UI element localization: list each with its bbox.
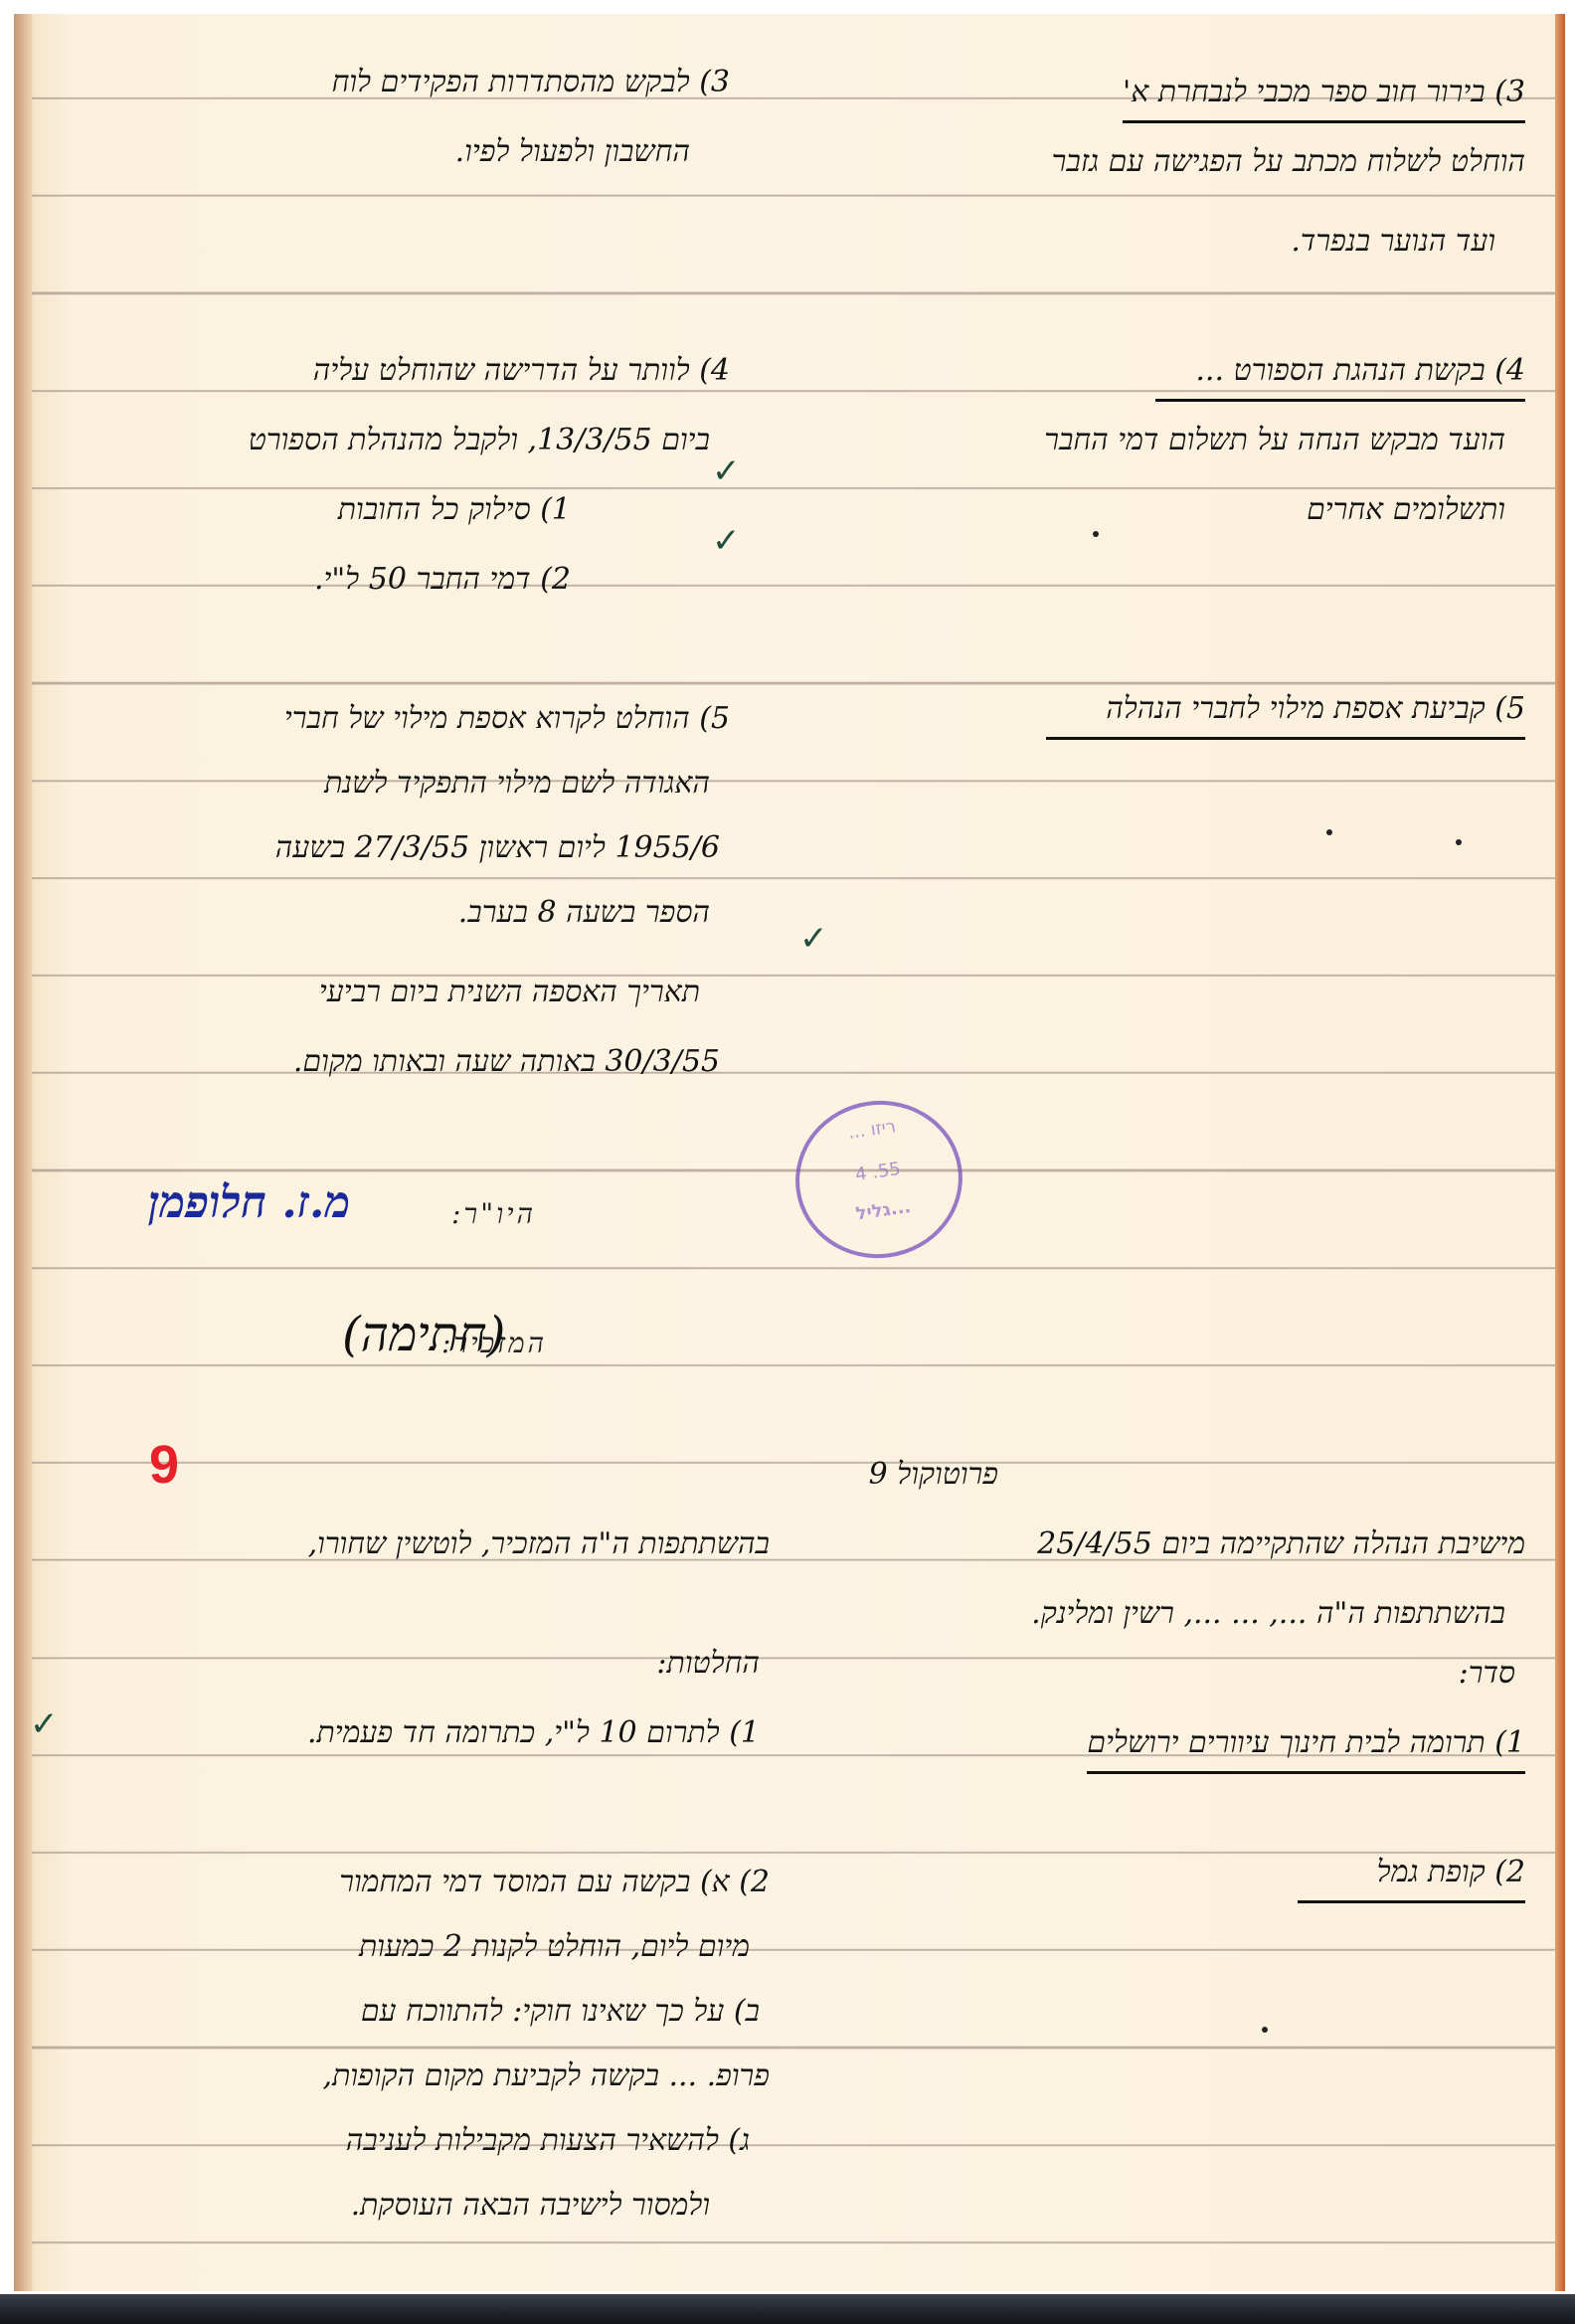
check-mark-icon: ✓ — [712, 451, 741, 491]
page-binding — [14, 14, 32, 2291]
check-mark-icon: ✓ — [30, 1704, 59, 1744]
ink-spot — [1262, 2027, 1268, 2033]
ink-spot — [1456, 839, 1462, 845]
check-mark-icon: ✓ — [712, 521, 741, 561]
page-number: 9 — [149, 1434, 179, 1496]
page-edge — [1555, 14, 1565, 2291]
item-5-note: 30/3/55 באותה שעה ובאותו מקום. — [293, 1013, 720, 1111]
decision-line: ולמסור לישיבה הבאה העוסקת. — [351, 2157, 710, 2254]
check-mark-icon: ✓ — [799, 919, 828, 959]
agenda-item: 1) תרומה לבית חינוך עיוורים ירושלים — [1087, 1721, 1525, 1774]
agenda-item: 2) קופת גמל — [1298, 1851, 1525, 1903]
item-4-line: ותשלומים אחרים — [1307, 461, 1505, 559]
scanner-edge — [0, 2294, 1575, 2324]
item-4-subitem: 2) דמי החבר 50 ל"י. — [314, 531, 571, 628]
item-5-heading: 5) קביעת אספת מילוי לחברי הנהלה — [1046, 687, 1525, 740]
intro-line: בהשתתפות ה"ה המזכיר, לוטשין שחורו, — [308, 1496, 770, 1593]
intro-line: בהשתתפות ה"ה ..., ... ..., רשין ומלינק. — [1031, 1565, 1505, 1663]
item-3-line: החשבון ולפעול לפיו. — [455, 103, 690, 201]
ink-spot — [1326, 829, 1332, 835]
item-3-line: ועד הנוער בנפרד. — [1291, 193, 1495, 290]
chairman-label: היו"ר: — [451, 1197, 536, 1231]
secretary-signature: (חתימה) — [342, 1307, 505, 1362]
ink-spot — [1093, 531, 1099, 537]
official-stamp: ריזו ... 4 .55 ...גליל — [786, 1090, 972, 1269]
chairman-signature: מ.ז. חלופמן — [148, 1177, 350, 1228]
notebook-page: 3) בירור חוב ספר מכבי לנבחרת א' הוחלט לש… — [14, 14, 1565, 2291]
decision-item: 1) לתרום 10 ל"י, כתרומה חד פעמית. — [307, 1685, 760, 1782]
